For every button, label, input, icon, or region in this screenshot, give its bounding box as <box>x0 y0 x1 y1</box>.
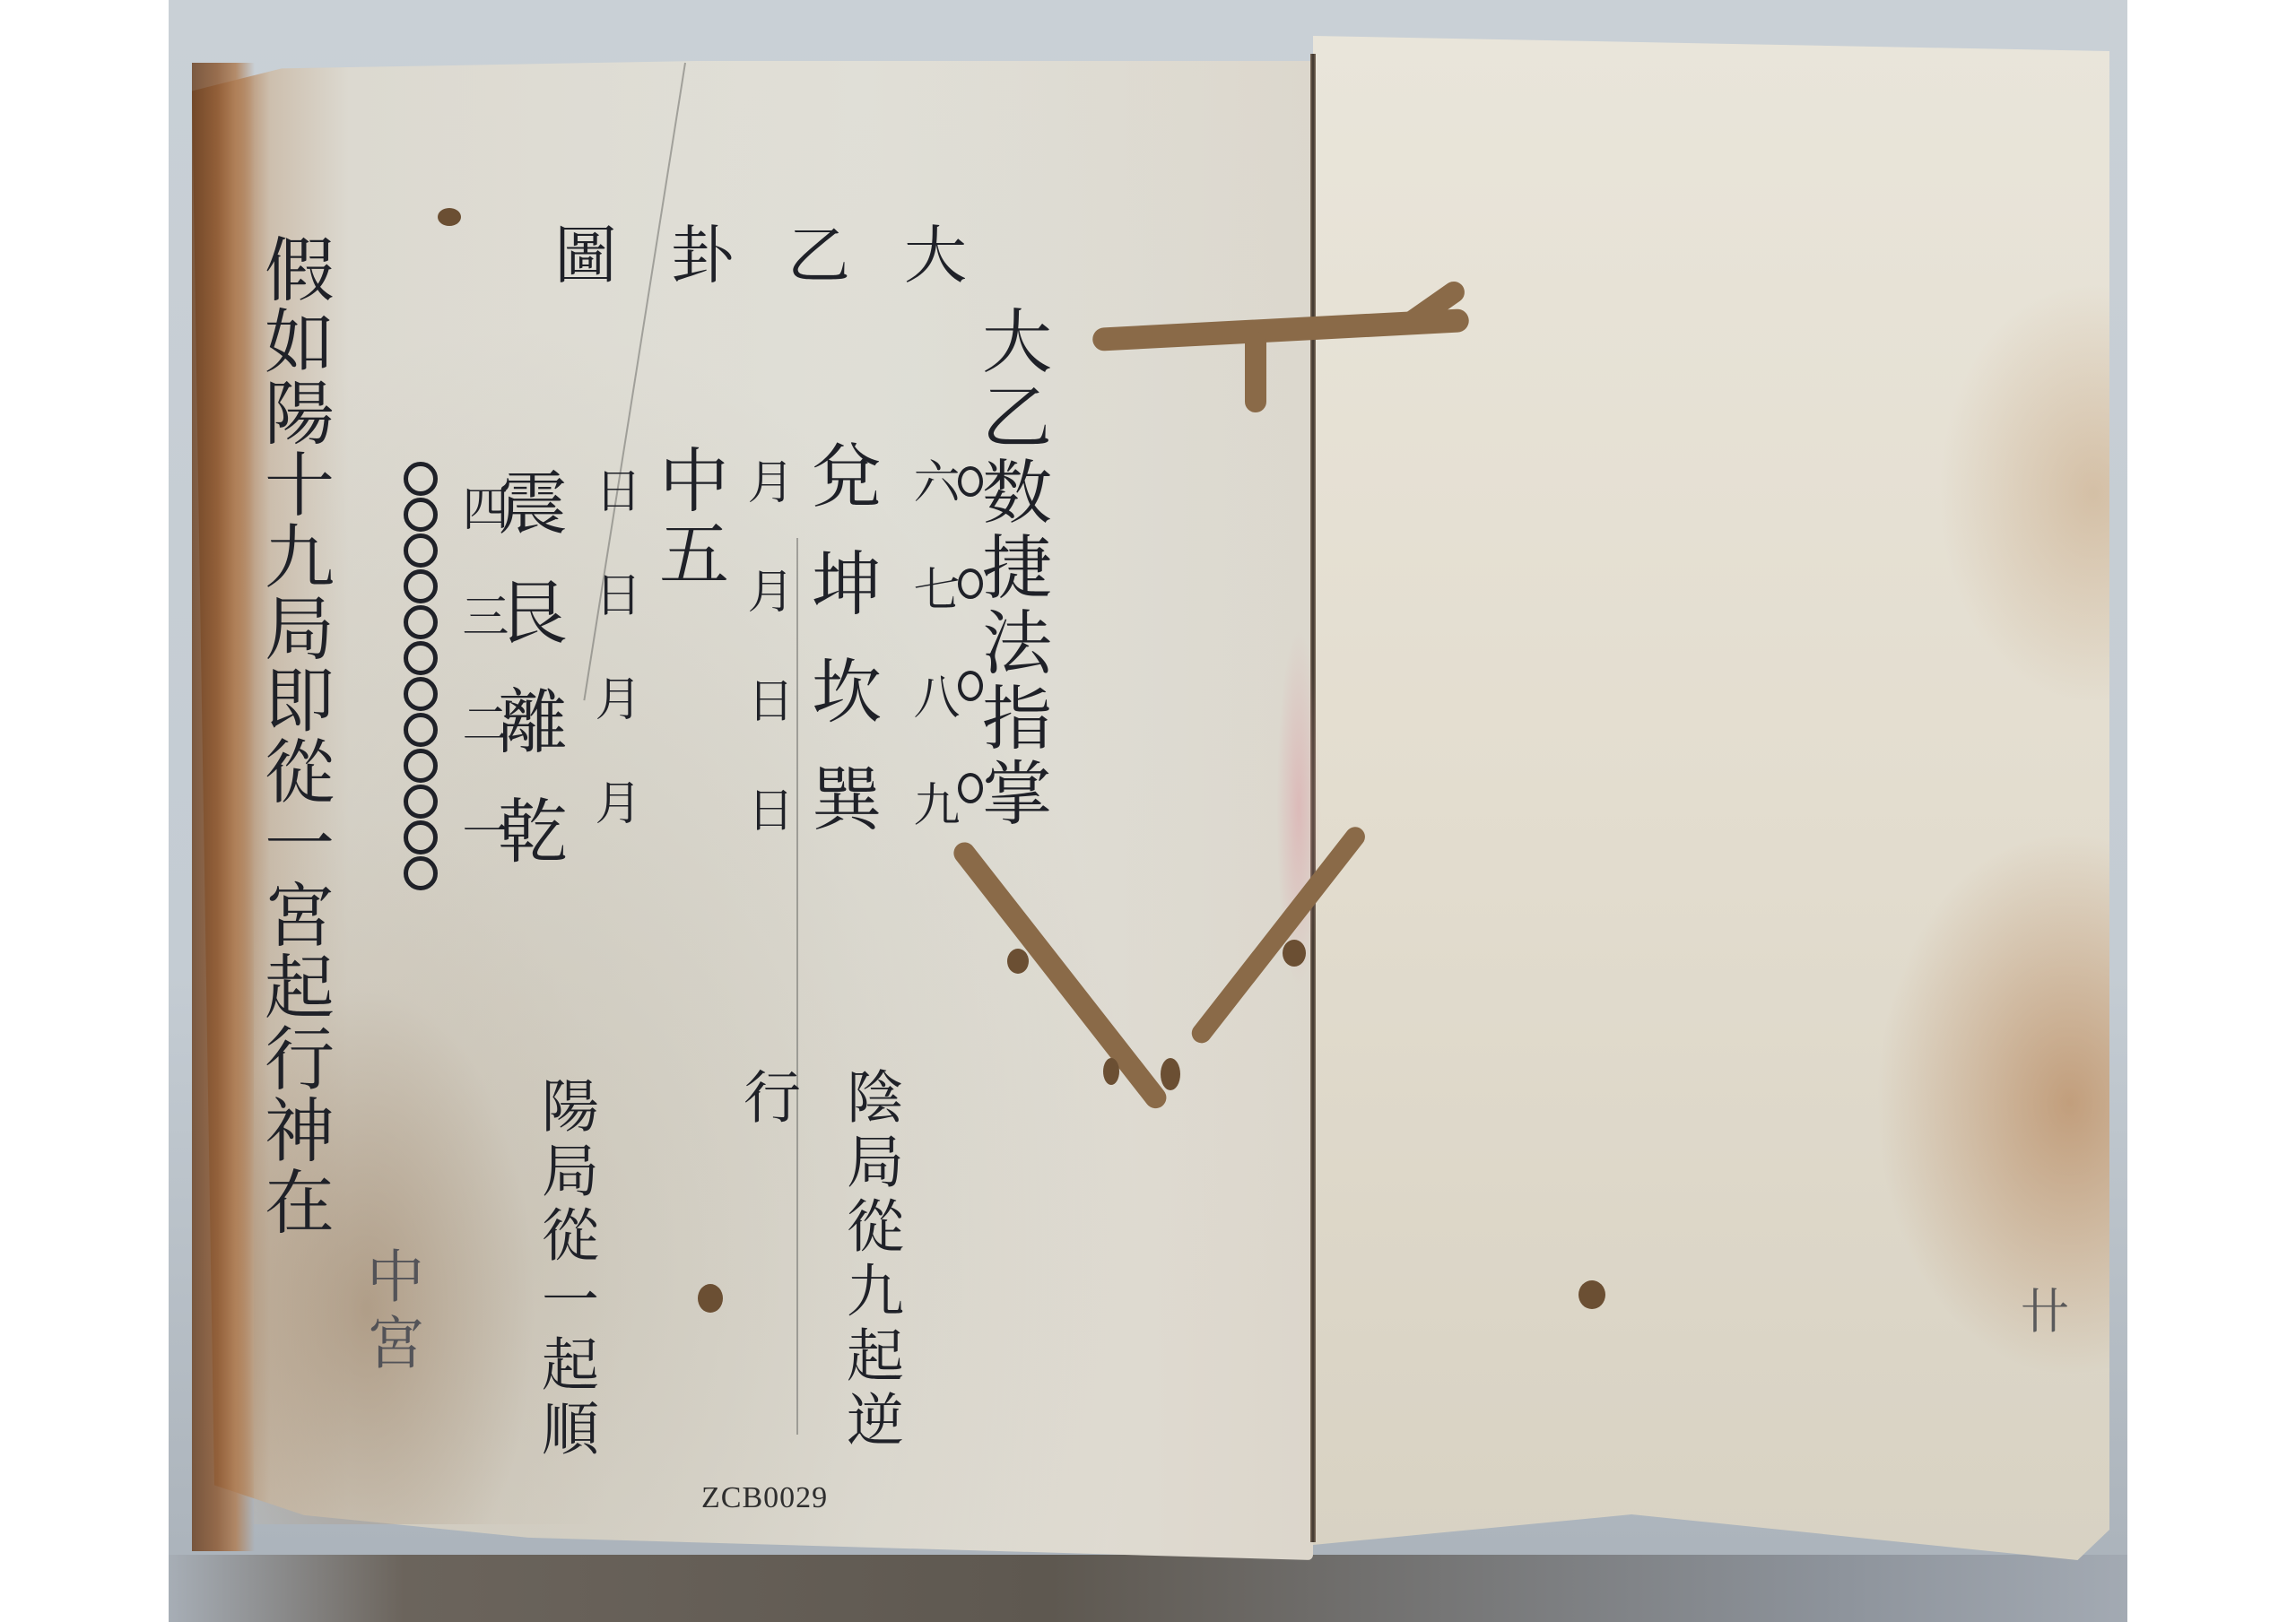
circle-marks-a <box>958 466 983 803</box>
circle-mark <box>404 605 438 639</box>
trigram: 兌 <box>800 439 881 547</box>
circle-mark <box>404 677 438 711</box>
circle-mark <box>404 749 438 783</box>
trigram: 坎 <box>800 655 881 762</box>
paper-crease <box>796 538 798 1435</box>
wormhole <box>1578 1280 1605 1309</box>
month-day-mark: 月 <box>739 567 793 676</box>
left-page-stained-edge <box>192 63 255 1551</box>
trigram-number: 九 <box>905 780 959 888</box>
circle-mark <box>404 820 438 854</box>
month-day-column-a: 月月日日 <box>743 457 789 895</box>
month-day-mark: 日 <box>739 676 793 785</box>
trigram-number: 六 <box>905 457 959 565</box>
circle-mark <box>404 856 438 890</box>
wormhole <box>1283 940 1306 967</box>
heading-column: 大乙数捷法指掌 <box>976 305 1046 832</box>
trigram-number: 二 <box>454 699 508 807</box>
example-column: 假如陽十九局即從一宮起行神在 <box>258 233 328 1237</box>
month-day-column-b: 日日月月 <box>590 466 637 882</box>
catalog-watermark: ZCB0029 <box>701 1481 828 1515</box>
circle-mark <box>404 462 438 496</box>
xing-label: 行 <box>738 1067 796 1130</box>
month-day-mark: 日 <box>587 466 640 570</box>
wormhole <box>1007 949 1029 974</box>
circle-mark <box>958 773 983 803</box>
wormhole <box>1161 1058 1180 1090</box>
circle-mark <box>404 533 438 568</box>
circle-mark <box>404 498 438 532</box>
wormhole <box>698 1284 723 1313</box>
circle-mark <box>404 569 438 603</box>
trigram-numbers-b: 四三二一 <box>457 484 504 915</box>
wormhole-track <box>1245 332 1266 412</box>
yin-rule-column: 陰局從九起逆 <box>841 1067 899 1454</box>
table-surface <box>169 1555 2127 1622</box>
trigram: 巽 <box>800 762 881 870</box>
page-title: 大乙卦圖 <box>554 224 1021 287</box>
circle-mark <box>404 785 438 819</box>
trigram-numbers-a: 六七八九 <box>909 457 955 888</box>
circle-column <box>404 462 438 890</box>
fragment-column: 中宮 <box>361 1246 419 1379</box>
month-day-mark: 月 <box>587 778 640 882</box>
trigram: 坤 <box>800 547 881 655</box>
month-day-mark: 日 <box>587 570 640 674</box>
month-day-mark: 日 <box>739 785 793 895</box>
trigram-column-a: 兌坤坎巽 <box>805 439 875 870</box>
wormhole <box>1103 1058 1119 1085</box>
month-day-mark: 月 <box>587 674 640 778</box>
trigram-number: 三 <box>454 592 508 699</box>
yang-rule-column: 陽局從一起順 <box>536 1076 594 1463</box>
wormhole <box>438 208 461 226</box>
right-page <box>1313 36 2109 1560</box>
circle-mark <box>404 713 438 747</box>
month-day-mark: 月 <box>739 457 793 567</box>
circle-mark <box>958 466 983 497</box>
manuscript-photo: 大乙卦圖 大乙数捷法指掌 兌坤坎巽 六七八九 月月日日 中五 日日月月 震艮離乾… <box>169 0 2127 1622</box>
trigram-number: 四 <box>454 484 508 592</box>
circle-mark <box>404 641 438 675</box>
center-palace: 中五 <box>653 444 723 591</box>
trigram-number: 一 <box>454 807 508 915</box>
circle-mark <box>958 671 983 701</box>
circle-mark <box>958 568 983 599</box>
trigram-number: 八 <box>905 672 959 780</box>
trigram-number: 七 <box>905 565 959 672</box>
edge-mark: 卄 <box>2021 1273 2069 1342</box>
